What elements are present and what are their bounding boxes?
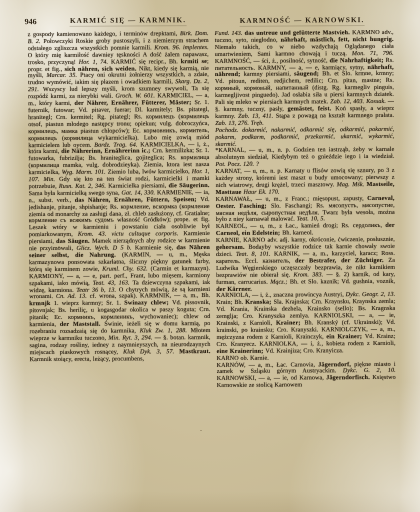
text-segment: Mon. 71, 796.: [352, 51, 394, 57]
text-segment: Gat. 14, 330.: [121, 190, 157, 196]
text-segment: Teat. 10, 5.: [297, 217, 325, 223]
page-number: 946: [25, 17, 37, 27]
running-head-right: KARMNOŚĆ — KARNOWSKI.: [240, 16, 365, 27]
text-segment: Marcar. 35.: [46, 73, 80, 79]
text-segment: Wyg. Marm. 101.: [62, 170, 108, 176]
text-segment: Glicz. Wych. D 5 b.: [76, 246, 134, 252]
text-column-right: Fund. 143. das untreue und gefütterte Ma…: [215, 30, 397, 467]
text-segment: KARNEOL, — u, m., z Łac., kamień drogi; …: [216, 223, 386, 230]
text-segment: der Kärrner.: [216, 286, 252, 292]
text-segment: Rusn. Kat. 2, 346.: [59, 184, 108, 190]
text-segment: Karmnik stoiący, erecta, leżący, procumb…: [30, 356, 145, 363]
text-segment: Krain; Bh.: [216, 300, 245, 306]
text-segment: *KARNAL, — u, m., n. p. Godzien ten iast…: [215, 147, 394, 161]
text-segment: der Bestrafer, der Züchtiger.: [295, 258, 388, 265]
dictionary-page: 946 KARMIĆ SIĘ — KARMNIK. KARMNOŚĆ — KAR…: [0, 0, 420, 512]
entry-paragraph: KARNAWAŁ, — u, m., z Franc.; mięsopust, …: [216, 196, 395, 225]
text-segment: die Nährerinn, Ernährerinn ic.;: [61, 149, 152, 156]
text-segment: Karmienie się,: [135, 245, 177, 251]
text-segment: Kluk Dyk. 3, 57.: [123, 349, 179, 355]
entry-paragraph: KARNÓW, — a, m., Łac. Carnovia, Jägerndo…: [217, 361, 396, 390]
text-segment: Min. Ryt. 3, 294.: [108, 335, 154, 341]
text-segment: Cn. Ad. 13.: [56, 294, 90, 300]
text-segment: das Säugen.: [56, 239, 92, 245]
text-segment: das untreue und gefütterte Mastvieh.: [245, 30, 353, 37]
text-segment: Kluk Zw. 1, 288.: [140, 328, 191, 334]
text-segment: Ziemio luba, lwów karmicielko,: [108, 169, 192, 176]
text-segment: Bardz. Trag. 64.: [94, 142, 140, 148]
text-segment: Zab. 13, 276. Tręb.: [215, 120, 264, 126]
running-header: 946 KARMIĆ SIĘ — KARMNIK. KARMNOŚĆ — KAR…: [25, 15, 395, 28]
text-segment: Pot. Pocz. 120. ?: [215, 162, 259, 168]
running-header-right-half: KARMNOŚĆ — KARNOWSKI.: [210, 16, 395, 27]
text-segment: Haur Ek. 170.: [244, 189, 280, 195]
text-segment: eine Krainerinn;: [217, 348, 266, 354]
text-segment: Krom. 383.: [293, 272, 326, 278]
text-segment: der Maststall.: [60, 322, 105, 328]
text-segment: KARNOWSKI, — a, — ie, od Karnowa,: [217, 376, 326, 383]
entry-paragraph: Pochodz. dokarmić, nakarmić, odkarmić si…: [215, 127, 394, 149]
text-segment: Fund. 143.: [215, 31, 245, 37]
text-segment: sich nähren, sich weiden.: [65, 66, 140, 72]
text-segment: Groch. W. 601.: [116, 93, 158, 99]
text-segment: Jägerndorfisch.: [326, 375, 372, 381]
text-segment: Zab. 13, 411.: [238, 113, 276, 119]
text-segment: Bh. et Slo. kaznik; Vd. gushnia, voznik,: [290, 278, 395, 285]
text-segment: Kruml. Chy. 632.: [102, 266, 150, 272]
entry-paragraph: KARNAT, — u, m., n. p. Karnaty u flisów …: [215, 168, 394, 197]
text-segment: Swinazy chlew;: [124, 301, 172, 307]
text-segment: Teatr 36 b, 13.: [76, 287, 119, 293]
text-segment: Pochodz. dokarmić, nakarmić, odkarmić si…: [215, 127, 394, 148]
text-segment: das Nähren, Ernähren, Füttern, Speisen;: [75, 197, 201, 204]
running-head-left: KARMIĆ SIĘ — KARMNIK.: [70, 16, 186, 27]
text-segment: Teat. 43, 163.: [93, 280, 133, 286]
text-segment: Jägerndorf,: [318, 362, 354, 368]
text-segment: säugend;: [294, 72, 322, 78]
text-segment: Dykc. Geogr. 2, 13.: [346, 292, 396, 298]
text-segment: Vd. Krainjiza; Cro. Kranyicza.: [265, 348, 343, 354]
text-segment: Mącz.;: [270, 279, 290, 285]
text-segment: Bh. karneol.: [282, 231, 313, 237]
text-segment: karmny piersiami,: [244, 72, 294, 78]
text-segment: nährhaft, mästlich, fett, nicht hungrig.: [281, 37, 394, 44]
entry-paragraph: KARNEOL, — u, m., z Łac., kamień drogi; …: [216, 223, 395, 238]
text-segment: 1. wieprz karmny; Sr. 1.: [54, 301, 124, 307]
text-segment: ein Krainer;: [326, 334, 365, 340]
entry-paragraph: Fund. 143. das untreue und gefütterte Ma…: [215, 30, 395, 128]
text-segment: Hor. 1, 74.: [79, 59, 111, 65]
text-segment: KARMIĆ się recipr., Bh.: [111, 59, 181, 65]
text-segment: krmiti se: [181, 59, 207, 65]
text-segment: z gospody kamienowano każdego, i terminó…: [28, 31, 180, 38]
text-segment: die Säugerinn.: [169, 183, 210, 189]
text-segment: Zab. 12, 403. Kossak.: [330, 99, 388, 105]
text-segment: die Nahrhaftigkeit;: [330, 58, 386, 64]
text-segment: Kranska;: [245, 300, 273, 306]
text-segment: Stąpa z powagą na kształt karmnego prała…: [276, 113, 394, 120]
text-segment: Krom. 96. implentes.: [154, 45, 208, 51]
text-segment: Mag. Mśk.: [337, 182, 367, 188]
text-segment: gehorsam.: [216, 245, 248, 251]
text-segment: KARMNOŚĆ, — ści, ż., posilność, sytność,: [215, 58, 330, 65]
text-segment: Sama była karmicielką swego syna,: [29, 190, 122, 197]
text-segment: KARNAWAŁ, — u, m., z Franc.; mięsopust, …: [216, 196, 368, 203]
text-segment: Krainer;: [276, 320, 304, 326]
text-segment: gemästet, feist.: [288, 106, 336, 112]
text-column-left: z gospody kamienowano każdego, i terminó…: [28, 31, 212, 468]
entry-paragraph: KARNIOLA, — i, ż., znaczna prowincya Aus…: [216, 292, 395, 355]
text-segment: der Nährer, Ernährer, Fütterer, Mäster;: [74, 100, 194, 107]
entry-paragraph: z gospody kamienowano każdego, i terminó…: [28, 31, 211, 364]
text-segment: krmnjk: [29, 301, 54, 307]
text-segment: Krom. 43. victu cultuque corporis.: [78, 231, 184, 238]
text-segment: KARNO ob. Karnie.: [217, 355, 269, 361]
text-segment: Karmicielka piersiami,: [108, 183, 168, 189]
running-header-left-half: 946 KARMIĆ SIĘ — KARMNIK.: [25, 16, 210, 27]
entry-paragraph: KARNIE, KARNO adv. adj. karny, okróconie…: [216, 237, 395, 293]
text-segment: Teat. 8, 101.: [236, 252, 274, 258]
entry-paragraph: *KARNAL, — u, m., n. p. Godzien ten iast…: [215, 147, 394, 169]
text-segment: Mastkraut.: [179, 349, 210, 355]
text-segment: Dykc. G. 2, 10.: [343, 368, 396, 374]
